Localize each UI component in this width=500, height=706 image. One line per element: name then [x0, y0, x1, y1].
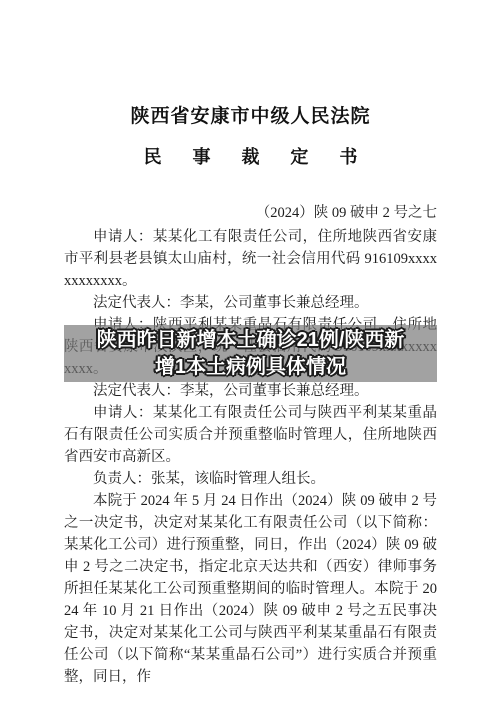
case-number: （2024）陕 09 破申 2 号之七 [64, 202, 437, 224]
document-type-title: 民 事 裁 定 书 [64, 147, 437, 168]
court-name: 陕西省安康市中级人民法院 [64, 106, 437, 128]
paragraph-applicant-3: 申请人：某某化工有限责任公司与陕西平利某某重晶石有限责任公司实质合并预重整临时管… [64, 402, 437, 468]
headline-line-1: 陕西昨日新增本土确诊21例/陕西新 [97, 327, 405, 354]
document-page: 陕西省安康市中级人民法院 民 事 裁 定 书 （2024）陕 09 破申 2 号… [0, 0, 500, 706]
headline-line-2: 增1本土病例具体情况 [155, 354, 346, 381]
paragraph-court-ruling-body: 本院于 2024 年 5 月 24 日作出（2024）陕 09 破申 2 号之一… [64, 490, 437, 688]
paragraph-applicant-1: 申请人：某某化工有限责任公司，住所地陕西省安康市平利县老县镇太山庙村，统一社会信… [64, 226, 437, 292]
paragraph-person-in-charge: 负责人：张某，该临时管理人组长。 [64, 468, 437, 490]
paragraph-legal-rep-2: 法定代表人：李某，公司董事长兼总经理。 [64, 380, 437, 402]
paragraph-legal-rep-1: 法定代表人：李某，公司董事长兼总经理。 [64, 292, 437, 314]
court-document: 陕西省安康市中级人民法院 民 事 裁 定 书 （2024）陕 09 破申 2 号… [64, 106, 437, 688]
news-headline-overlay: 陕西昨日新增本土确诊21例/陕西新 增1本土病例具体情况 [64, 325, 437, 382]
